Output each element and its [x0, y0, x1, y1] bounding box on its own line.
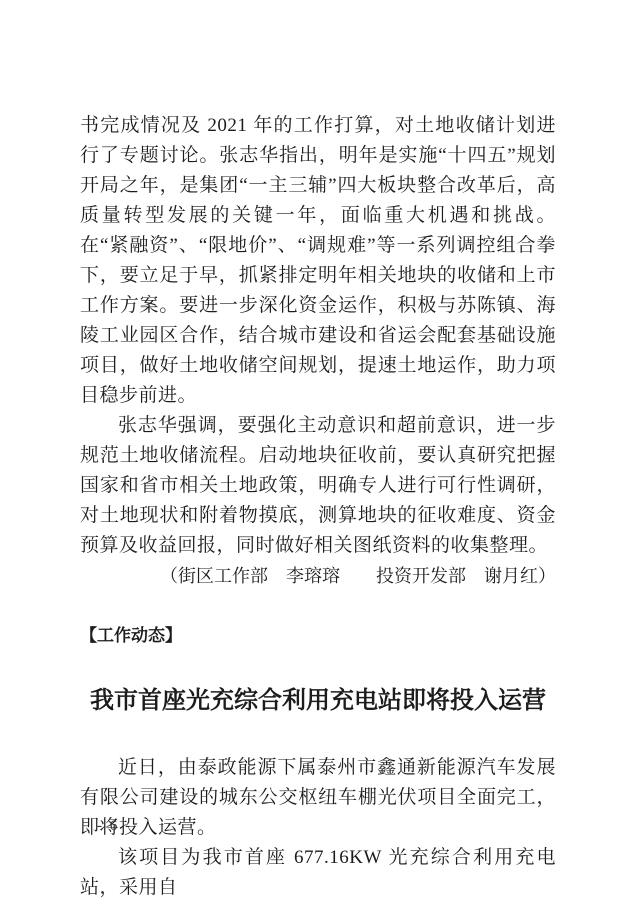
- page-content: 书完成情况及 2021 年的工作打算，对土地收储计划进行了专题讨论。张志华指出，…: [80, 0, 556, 900]
- article2-title: 我市首座光充综合利用充电站即将投入运营: [80, 683, 556, 719]
- article2-paragraph-2: 该项目为我市首座 677.16KW 光充综合利用充电站，采用自: [80, 843, 556, 900]
- article1-paragraph-continuation: 书完成情况及 2021 年的工作打算，对土地收储计划进行了专题讨论。张志华指出，…: [80, 111, 556, 411]
- page-number: - 6 -: [97, 817, 132, 835]
- article1-paragraph-2: 张志华强调，要强化主动意识和超前意识，进一步规范土地收储流程。启动地块征收前，要…: [80, 411, 556, 561]
- article2-paragraph-1: 近日，由泰政能源下属泰州市鑫通新能源汽车发展有限公司建设的城东公交枢纽车棚光伏项…: [80, 753, 556, 843]
- document-page: 书完成情况及 2021 年的工作打算，对土地收储计划进行了专题讨论。张志华指出，…: [0, 0, 636, 900]
- article1-byline: （街区工作部 李瑢瑢 投资开发部 谢月红）: [80, 561, 556, 591]
- section-header-work-updates: 【工作动态】: [80, 623, 556, 649]
